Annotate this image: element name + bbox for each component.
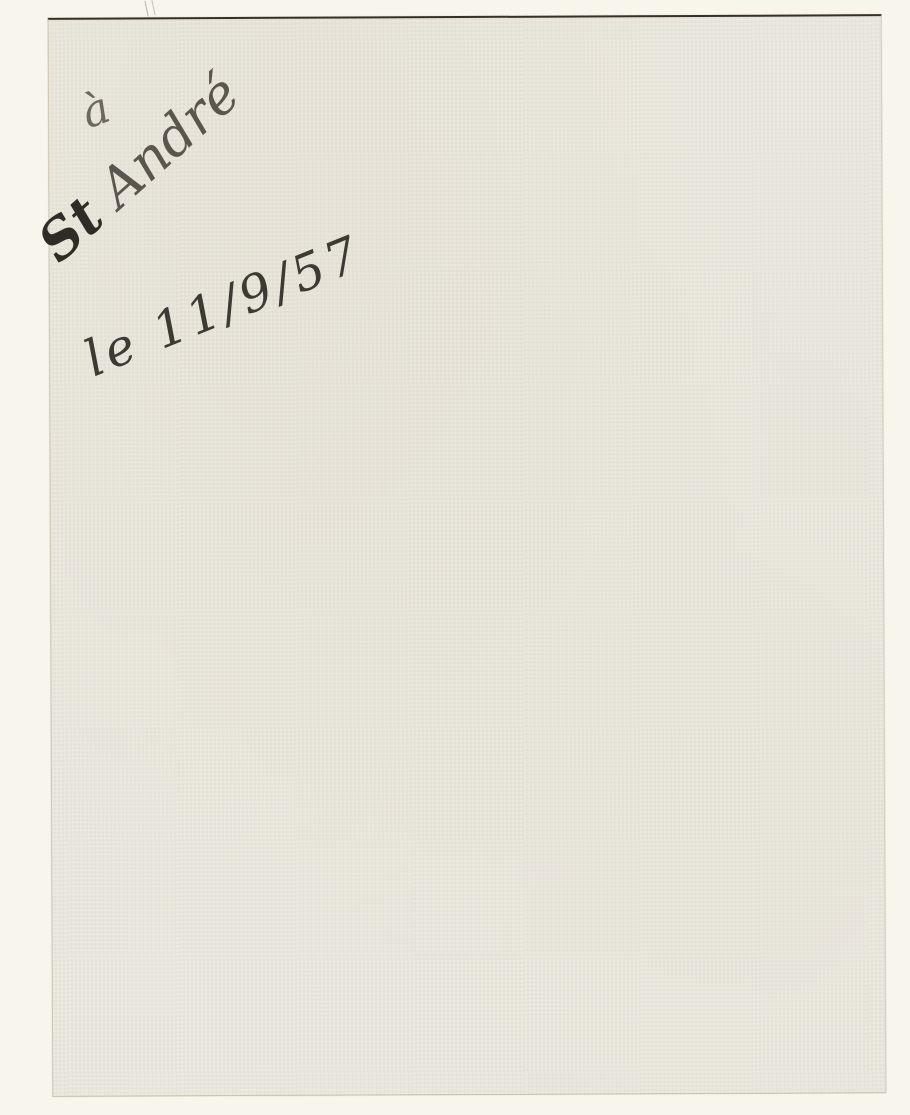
inscription-preposition: à xyxy=(75,82,117,139)
handwritten-inscription: à St André le 11/9/57 xyxy=(40,60,420,390)
scan-area: à St André le 11/9/57 xyxy=(0,0,910,1115)
edge-mark xyxy=(144,0,155,17)
inscription-date: le 11/9/57 xyxy=(76,224,371,388)
inscription-place: St André xyxy=(25,61,252,274)
